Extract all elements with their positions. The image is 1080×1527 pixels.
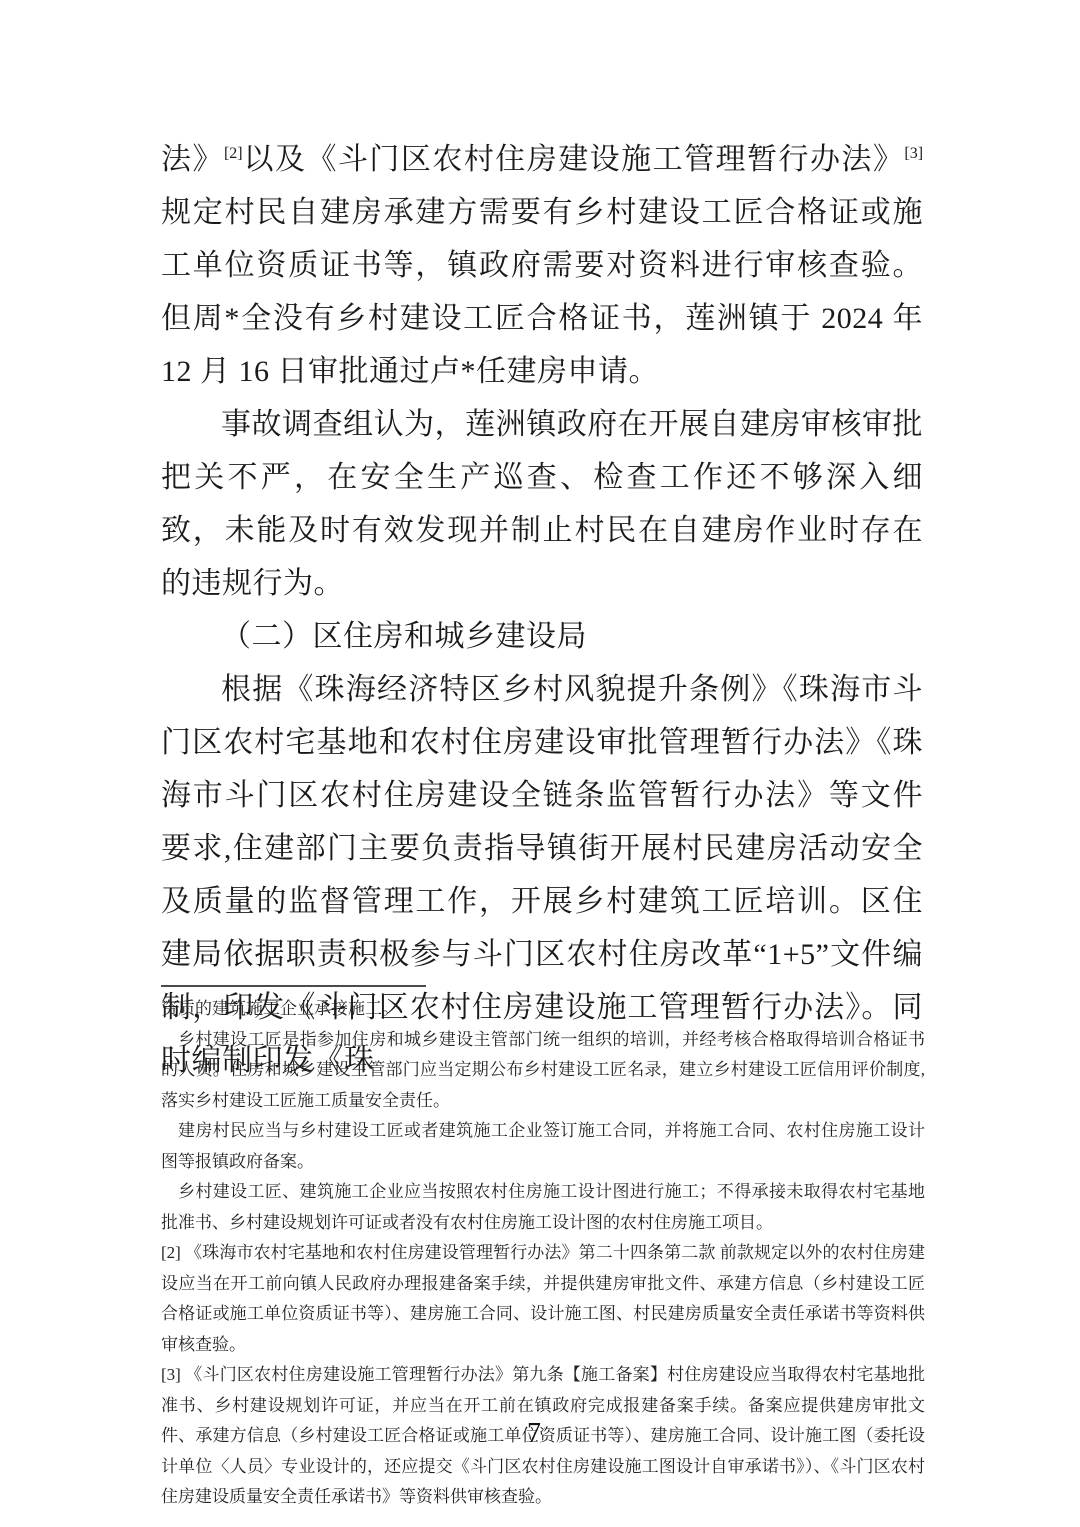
footnote-reference-3: [3] — [904, 145, 923, 162]
footnote-continuation-paragraph: 建房村民应当与乡村建设工匠或者建筑施工企业签订施工合同，并将施工合同、农村住房施… — [161, 1116, 925, 1177]
paragraph-text: 规定村民自建房承建方需要有乡村建设工匠合格证或施工单位资质证书等，镇政府需要对资… — [161, 196, 923, 388]
page-number: 7 — [0, 1418, 1068, 1450]
paragraph-findings: 事故调查组认为，莲洲镇政府在开展自建房审核审批把关不严，在安全生产巡查、检查工作… — [161, 398, 923, 610]
footnote-2: [2] 《珠海市农村宅基地和农村住房建设管理暂行办法》第二十四条第二款 前款规定… — [161, 1238, 925, 1360]
footnote-reference-2: [2] — [224, 145, 243, 162]
paragraph-continuation: 法》[2]以及《斗门区农村住房建设施工管理暂行办法》[3]规定村民自建房承建方需… — [161, 133, 923, 398]
paragraph-text: 法》 — [161, 143, 224, 176]
body-text: 法》[2]以及《斗门区农村住房建设施工管理暂行办法》[3]规定村民自建房承建方需… — [161, 133, 923, 1087]
section-heading: （二）区住房和城乡建设局 — [161, 610, 923, 663]
paragraph-text: 以及《斗门区农村住房建设施工管理暂行办法》 — [243, 143, 905, 176]
footnote-continuation-paragraph: 乡村建设工匠是指参加住房和城乡建设主管部门统一组织的培训，并经考核合格取得培训合… — [161, 1025, 925, 1117]
document-page: 法》[2]以及《斗门区农村住房建设施工管理暂行办法》[3]规定村民自建房承建方需… — [0, 0, 1080, 1527]
footnote-continuation-line: 资质的建筑施工企业承接施工。 — [161, 994, 925, 1025]
footnote-separator — [161, 985, 426, 987]
footnote-continuation-paragraph: 乡村建设工匠、建筑施工企业应当按照农村住房施工设计图进行施工；不得承接未取得农村… — [161, 1177, 925, 1238]
